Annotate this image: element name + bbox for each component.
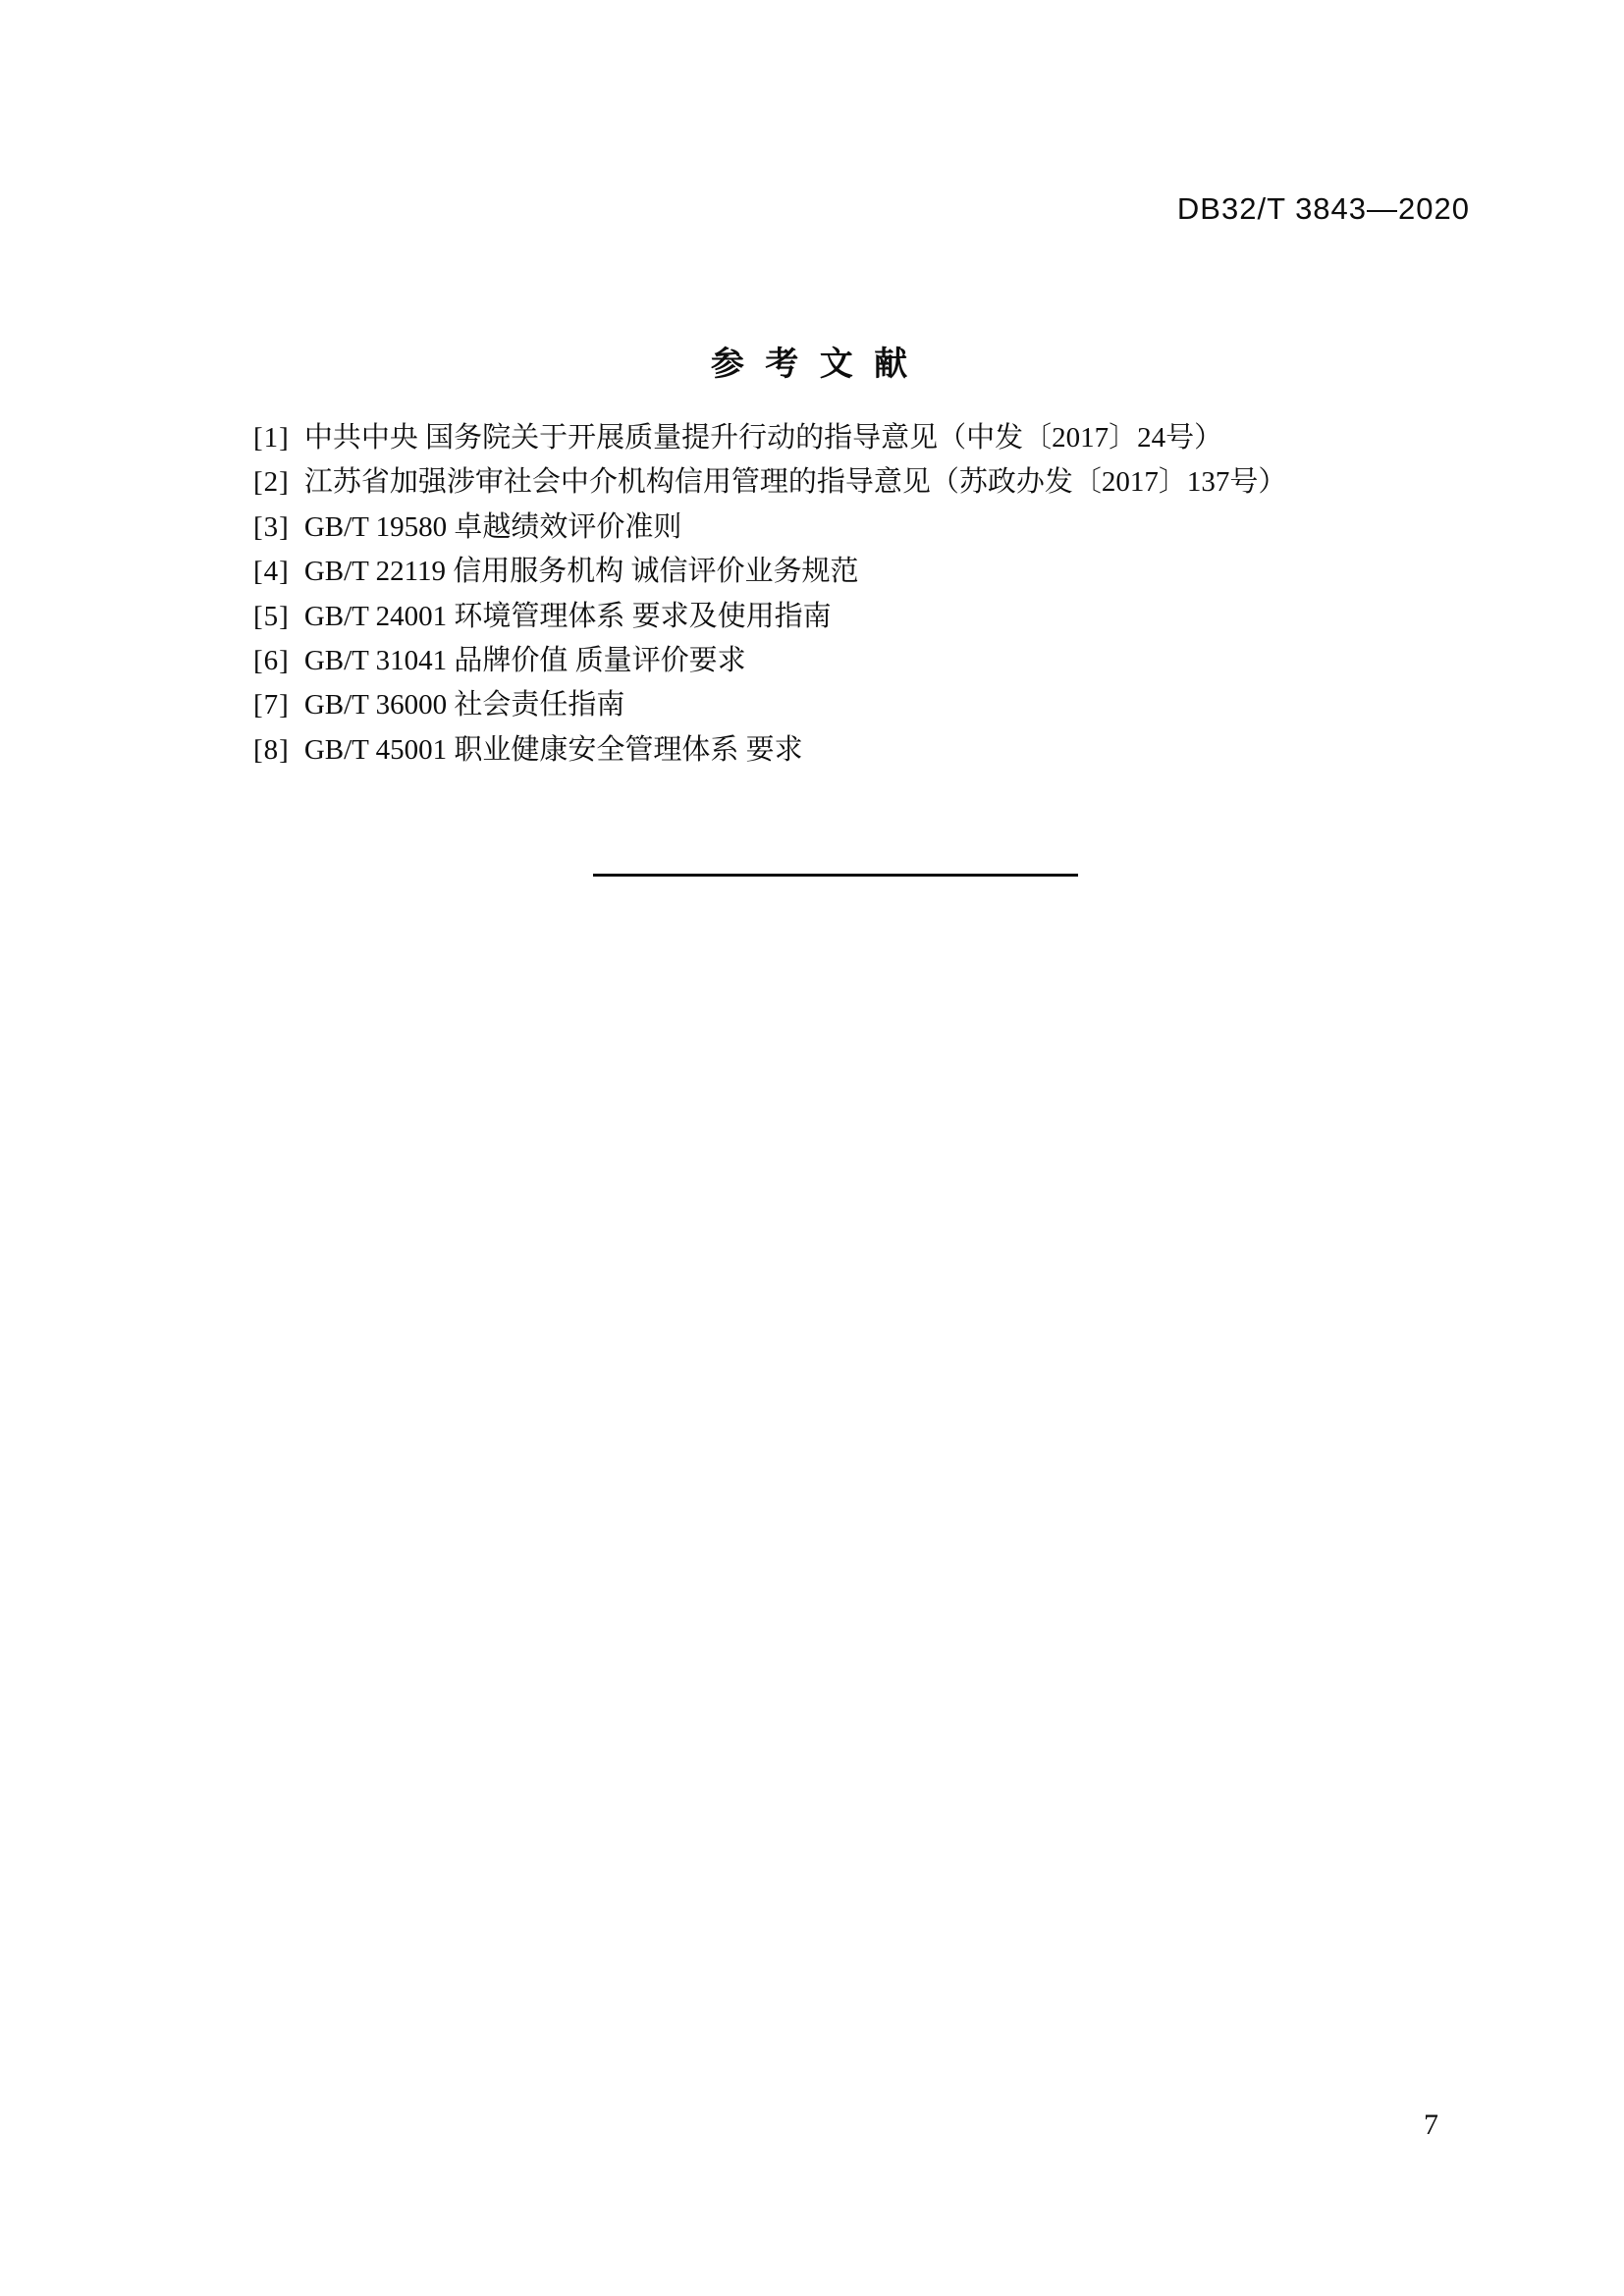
page-title: 参 考 文 献 <box>0 345 1624 384</box>
reference-number-label: [5] <box>253 595 290 639</box>
header-doc-number: DB32/T 3843—2020 <box>1177 192 1470 226</box>
end-separator-line <box>593 874 1078 877</box>
reference-text: GB/T 36000 社会责任指南 <box>304 689 625 721</box>
reference-number-label: [7] <box>253 683 290 727</box>
reference-item: [4]GB/T 22119 信用服务机构 诚信评价业务规范 <box>253 550 1487 594</box>
reference-number-label: [4] <box>253 550 290 594</box>
reference-text: GB/T 19580 卓越绩效评价准则 <box>304 511 682 543</box>
reference-text: GB/T 45001 职业健康安全管理体系 要求 <box>304 734 803 766</box>
reference-text: GB/T 31041 品牌价值 质量评价要求 <box>304 645 746 676</box>
document-page: DB32/T 3843—2020 参 考 文 献 [1]中共中央 国务院关于开展… <box>0 0 1624 2296</box>
reference-number-label: [3] <box>253 506 290 550</box>
reference-list: [1]中共中央 国务院关于开展质量提升行动的指导意见（中发〔2017〕24号） … <box>253 416 1487 773</box>
reference-item: [7]GB/T 36000 社会责任指南 <box>253 683 1487 727</box>
reference-text: GB/T 24001 环境管理体系 要求及使用指南 <box>304 601 832 632</box>
reference-item: [1]中共中央 国务院关于开展质量提升行动的指导意见（中发〔2017〕24号） <box>253 416 1487 460</box>
reference-text: 中共中央 国务院关于开展质量提升行动的指导意见（中发〔2017〕24号） <box>304 422 1222 454</box>
reference-number-label: [2] <box>253 460 290 505</box>
reference-number-label: [1] <box>253 416 290 460</box>
page-number: 7 <box>1424 2109 1438 2142</box>
reference-item: [8]GB/T 45001 职业健康安全管理体系 要求 <box>253 728 1487 773</box>
reference-text: 江苏省加强涉审社会中介机构信用管理的指导意见（苏政办发〔2017〕137号） <box>304 466 1287 498</box>
reference-item: [6]GB/T 31041 品牌价值 质量评价要求 <box>253 639 1487 683</box>
reference-item: [5]GB/T 24001 环境管理体系 要求及使用指南 <box>253 595 1487 639</box>
reference-number-label: [8] <box>253 728 290 773</box>
reference-text: GB/T 22119 信用服务机构 诚信评价业务规范 <box>304 556 859 587</box>
reference-item: [2]江苏省加强涉审社会中介机构信用管理的指导意见（苏政办发〔2017〕137号… <box>253 460 1487 505</box>
reference-item: [3]GB/T 19580 卓越绩效评价准则 <box>253 506 1487 550</box>
reference-number-label: [6] <box>253 639 290 683</box>
